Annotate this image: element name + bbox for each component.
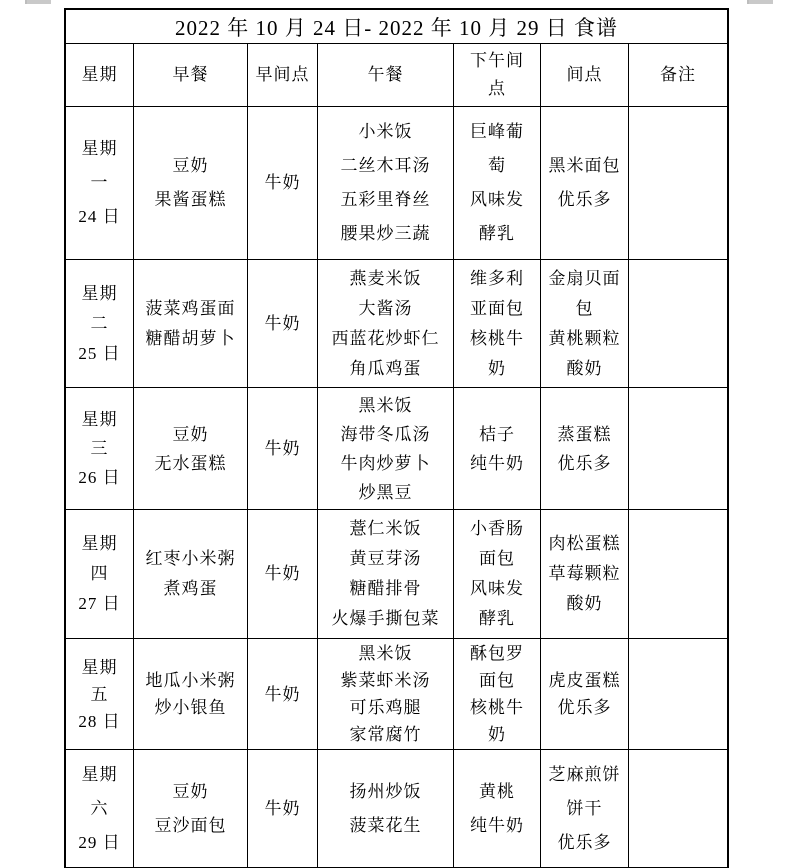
cell-line: 大酱汤 — [359, 294, 413, 324]
table-row: 星期一24 日豆奶果酱蛋糕牛奶小米饭二丝木耳汤五彩里脊丝腰果炒三蔬巨峰葡萄风味发… — [66, 107, 727, 260]
cell-line: 黑米饭 — [359, 640, 413, 667]
cell-line: 酸奶 — [567, 354, 603, 384]
cell-line: 红枣小米粥 — [146, 544, 236, 574]
table-row: 星期三26 日豆奶无水蛋糕牛奶黑米饭海带冬瓜汤牛肉炒萝卜炒黑豆桔子纯牛奶蒸蛋糕优… — [66, 388, 727, 510]
cell-line: 牛奶 — [265, 559, 301, 589]
cell-line: 家常腐竹 — [350, 721, 422, 748]
cell-line: 扬州炒饭 — [350, 775, 422, 809]
cell-line: 纯牛奶 — [470, 809, 524, 843]
cell-lunch: 薏仁米饭黄豆芽汤糖醋排骨火爆手撕包菜 — [318, 510, 454, 638]
table-title: 2022 年 10 月 24 日- 2022 年 10 月 29 日 食谱 — [66, 10, 727, 44]
cell-lunch: 燕麦米饭大酱汤西蓝花炒虾仁角瓜鸡蛋 — [318, 260, 454, 387]
cell-line: 优乐多 — [558, 449, 612, 478]
cell-line: 黑米面包 — [549, 149, 621, 183]
cell-snack: 肉松蛋糕草莓颗粒酸奶 — [541, 510, 629, 638]
cell-line: 优乐多 — [558, 826, 612, 860]
table-row: 星期六29 日豆奶豆沙面包牛奶扬州炒饭菠菜花生黄桃纯牛奶芝麻煎饼饼干优乐多 — [66, 750, 727, 867]
cell-line: 备注 — [660, 61, 696, 89]
cell-line: 星期 — [82, 405, 118, 434]
cell-afternoon_snack: 维多利亚面包核桃牛奶 — [454, 260, 541, 387]
header-cell-morning_snack: 早间点 — [248, 44, 318, 106]
cell-line: 紫菜虾米汤 — [341, 667, 431, 694]
cell-line: 纯牛奶 — [470, 449, 524, 478]
cell-line: 一 — [91, 166, 109, 200]
cell-line: 黄豆芽汤 — [350, 544, 422, 574]
cell-line: 亚面包 — [470, 294, 524, 324]
cell-line: 五彩里脊丝 — [341, 183, 431, 217]
header-cell-afternoon_snack: 下午间点 — [454, 44, 541, 106]
header-cell-lunch: 午餐 — [318, 44, 454, 106]
cell-morning_snack: 牛奶 — [248, 388, 318, 509]
cell-notes — [629, 107, 727, 259]
cell-line: 小香肠 — [470, 514, 524, 544]
cell-afternoon_snack: 黄桃纯牛奶 — [454, 750, 541, 867]
cell-line: 炒小银鱼 — [155, 694, 227, 721]
cell-line: 牛奶 — [265, 166, 301, 200]
cell-notes — [629, 260, 727, 387]
cell-line: 菠菜花生 — [350, 809, 422, 843]
cell-notes — [629, 388, 727, 509]
cell-line: 菠菜鸡蛋面 — [146, 294, 236, 324]
cell-line: 萄 — [488, 149, 506, 183]
cell-line: 24 日 — [78, 200, 120, 234]
cell-afternoon_snack: 小香肠面包风味发酵乳 — [454, 510, 541, 638]
cell-snack: 蒸蛋糕优乐多 — [541, 388, 629, 509]
scrollbar-fragment-right — [747, 0, 773, 4]
cell-line: 西蓝花炒虾仁 — [332, 324, 440, 354]
cell-line: 牛肉炒萝卜 — [341, 449, 431, 478]
cell-breakfast: 地瓜小米粥炒小银鱼 — [134, 639, 248, 749]
cell-line: 间点 — [567, 61, 603, 89]
cell-line: 星期 — [82, 279, 118, 309]
header-cell-breakfast: 早餐 — [134, 44, 248, 106]
cell-line: 29 日 — [78, 826, 120, 860]
cell-line: 火爆手撕包菜 — [332, 604, 440, 634]
cell-line: 26 日 — [78, 463, 120, 492]
cell-morning_snack: 牛奶 — [248, 107, 318, 259]
cell-line: 星期 — [82, 132, 118, 166]
cell-line: 芝麻煎饼 — [549, 758, 621, 792]
cell-line: 金扇贝面 — [549, 264, 621, 294]
cell-line: 维多利 — [470, 264, 524, 294]
cell-day: 星期四27 日 — [66, 510, 134, 638]
scrollbar-fragment-left — [25, 0, 51, 4]
cell-line: 二丝木耳汤 — [341, 149, 431, 183]
cell-line: 风味发 — [470, 183, 524, 217]
table-row: 星期四27 日红枣小米粥煮鸡蛋牛奶薏仁米饭黄豆芽汤糖醋排骨火爆手撕包菜小香肠面包… — [66, 510, 727, 639]
cell-morning_snack: 牛奶 — [248, 639, 318, 749]
cell-line: 酵乳 — [479, 604, 515, 634]
cell-line: 豆沙面包 — [155, 809, 227, 843]
cell-line: 酵乳 — [479, 217, 515, 251]
cell-line: 酥包罗 — [470, 640, 524, 667]
document-page: 2022 年 10 月 24 日- 2022 年 10 月 29 日 食谱 星期… — [0, 0, 795, 868]
cell-day: 星期二25 日 — [66, 260, 134, 387]
cell-line: 黄桃 — [479, 775, 515, 809]
cell-line: 下午间 — [470, 47, 524, 75]
cell-breakfast: 豆奶果酱蛋糕 — [134, 107, 248, 259]
cell-line: 海带冬瓜汤 — [341, 420, 431, 449]
cell-snack: 虎皮蛋糕优乐多 — [541, 639, 629, 749]
cell-line: 草莓颗粒 — [549, 559, 621, 589]
cell-line: 核桃牛 — [470, 324, 524, 354]
menu-table: 2022 年 10 月 24 日- 2022 年 10 月 29 日 食谱 星期… — [64, 8, 729, 868]
cell-line: 星期 — [82, 529, 118, 559]
cell-day: 星期六29 日 — [66, 750, 134, 867]
cell-lunch: 小米饭二丝木耳汤五彩里脊丝腰果炒三蔬 — [318, 107, 454, 259]
cell-notes — [629, 639, 727, 749]
cell-morning_snack: 牛奶 — [248, 510, 318, 638]
cell-line: 巨峰葡 — [470, 115, 524, 149]
cell-line: 牛奶 — [265, 681, 301, 708]
cell-afternoon_snack: 酥包罗面包核桃牛奶 — [454, 639, 541, 749]
cell-line: 炒黑豆 — [359, 478, 413, 507]
table-row: 星期二25 日菠菜鸡蛋面糖醋胡萝卜牛奶燕麦米饭大酱汤西蓝花炒虾仁角瓜鸡蛋维多利亚… — [66, 260, 727, 388]
cell-line: 牛奶 — [265, 309, 301, 339]
cell-line: 地瓜小米粥 — [146, 667, 236, 694]
cell-line: 无水蛋糕 — [155, 449, 227, 478]
cell-lunch: 黑米饭紫菜虾米汤可乐鸡腿家常腐竹 — [318, 639, 454, 749]
cell-line: 蒸蛋糕 — [558, 420, 612, 449]
cell-day: 星期三26 日 — [66, 388, 134, 509]
cell-day: 星期一24 日 — [66, 107, 134, 259]
cell-line: 豆奶 — [173, 775, 209, 809]
cell-line: 肉松蛋糕 — [549, 529, 621, 559]
cell-line: 星期 — [82, 654, 118, 681]
cell-afternoon_snack: 巨峰葡萄风味发酵乳 — [454, 107, 541, 259]
cell-notes — [629, 510, 727, 638]
cell-line: 28 日 — [78, 708, 120, 735]
cell-line: 桔子 — [479, 420, 515, 449]
cell-breakfast: 豆奶豆沙面包 — [134, 750, 248, 867]
cell-line: 早间点 — [256, 61, 310, 89]
cell-line: 黑米饭 — [359, 391, 413, 420]
cell-line: 饼干 — [567, 792, 603, 826]
cell-line: 优乐多 — [558, 694, 612, 721]
cell-line: 点 — [488, 75, 506, 103]
cell-line: 虎皮蛋糕 — [549, 667, 621, 694]
cell-line: 三 — [91, 434, 109, 463]
cell-breakfast: 菠菜鸡蛋面糖醋胡萝卜 — [134, 260, 248, 387]
cell-line: 星期 — [82, 61, 118, 89]
header-row: 星期早餐早间点午餐下午间点间点备注 — [66, 44, 727, 107]
cell-line: 小米饭 — [359, 115, 413, 149]
cell-line: 核桃牛 — [470, 694, 524, 721]
cell-snack: 芝麻煎饼饼干优乐多 — [541, 750, 629, 867]
cell-breakfast: 红枣小米粥煮鸡蛋 — [134, 510, 248, 638]
cell-line: 牛奶 — [265, 792, 301, 826]
cell-notes — [629, 750, 727, 867]
cell-line: 优乐多 — [558, 183, 612, 217]
cell-line: 糖醋胡萝卜 — [146, 324, 236, 354]
cell-line: 包 — [576, 294, 594, 324]
cell-line: 豆奶 — [173, 149, 209, 183]
header-cell-notes: 备注 — [629, 44, 727, 106]
cell-line: 可乐鸡腿 — [350, 694, 422, 721]
cell-lunch: 黑米饭海带冬瓜汤牛肉炒萝卜炒黑豆 — [318, 388, 454, 509]
cell-breakfast: 豆奶无水蛋糕 — [134, 388, 248, 509]
cell-morning_snack: 牛奶 — [248, 260, 318, 387]
cell-line: 奶 — [488, 354, 506, 384]
cell-line: 午餐 — [368, 61, 404, 89]
cell-line: 25 日 — [78, 339, 120, 369]
cell-line: 面包 — [479, 544, 515, 574]
cell-line: 豆奶 — [173, 420, 209, 449]
cell-line: 面包 — [479, 667, 515, 694]
cell-line: 煮鸡蛋 — [164, 574, 218, 604]
cell-line: 27 日 — [78, 589, 120, 619]
cell-lunch: 扬州炒饭菠菜花生 — [318, 750, 454, 867]
cell-day: 星期五28 日 — [66, 639, 134, 749]
cell-line: 腰果炒三蔬 — [341, 217, 431, 251]
cell-line: 酸奶 — [567, 589, 603, 619]
header-cell-snack: 间点 — [541, 44, 629, 106]
cell-line: 风味发 — [470, 574, 524, 604]
cell-line: 二 — [91, 309, 109, 339]
cell-line: 星期 — [82, 758, 118, 792]
cell-line: 角瓜鸡蛋 — [350, 354, 422, 384]
cell-line: 四 — [91, 559, 109, 589]
cell-line: 早餐 — [173, 61, 209, 89]
cell-snack: 金扇贝面包黄桃颗粒酸奶 — [541, 260, 629, 387]
cell-line: 牛奶 — [265, 434, 301, 463]
cell-line: 黄桃颗粒 — [549, 324, 621, 354]
cell-line: 糖醋排骨 — [350, 574, 422, 604]
cell-afternoon_snack: 桔子纯牛奶 — [454, 388, 541, 509]
cell-line: 五 — [91, 681, 109, 708]
cell-line: 奶 — [488, 721, 506, 748]
cell-morning_snack: 牛奶 — [248, 750, 318, 867]
cell-line: 果酱蛋糕 — [155, 183, 227, 217]
cell-line: 六 — [91, 792, 109, 826]
table-row: 星期五28 日地瓜小米粥炒小银鱼牛奶黑米饭紫菜虾米汤可乐鸡腿家常腐竹酥包罗面包核… — [66, 639, 727, 750]
cell-line: 薏仁米饭 — [350, 514, 422, 544]
cell-snack: 黑米面包优乐多 — [541, 107, 629, 259]
cell-line: 燕麦米饭 — [350, 264, 422, 294]
header-cell-day: 星期 — [66, 44, 134, 106]
